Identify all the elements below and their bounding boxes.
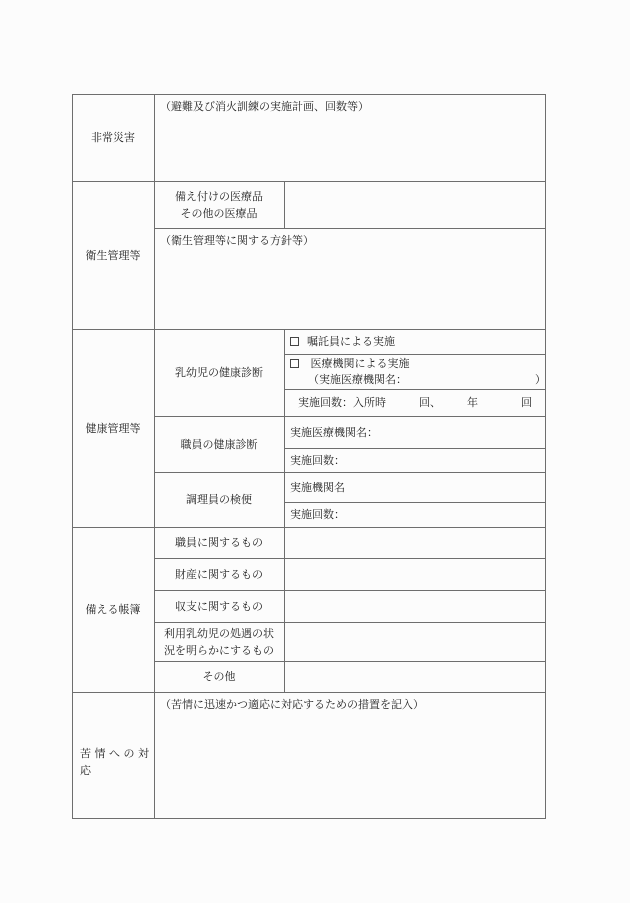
staff-checkup-label: 職員の健康診断	[154, 416, 284, 472]
records-item-property-input[interactable]	[285, 559, 545, 590]
hygiene-label: 衛生管理等	[72, 181, 154, 329]
option-contract-doctor-label: 嘱託員による実施	[307, 333, 395, 350]
complaints-note: （苦情に迅速かつ適応に対応するための措置を記入）	[160, 693, 540, 713]
complaints-label: 苦 情 へ の 対 応	[72, 692, 154, 818]
medical-supplies-input[interactable]	[285, 182, 545, 228]
option-medical-institution-label: 医療機関による実施	[311, 357, 410, 370]
records-item-other-label: その他	[154, 661, 284, 692]
form-page: 非常災害 （避難及び消火訓練の実施計画、回数等） 衛生管理等 備え付けの医療品 …	[0, 0, 630, 903]
records-item-other-input[interactable]	[285, 662, 545, 692]
cook-stool-test-label: 調理員の検便	[154, 472, 284, 527]
complaints-input-area[interactable]	[155, 713, 545, 817]
count-year: 年	[467, 394, 478, 411]
infant-option-contract-doctor[interactable]: 嘱託員による実施	[284, 329, 546, 354]
count-prefix: 実施回数：入所時	[298, 394, 386, 411]
table-border-bottom	[72, 818, 546, 819]
emergency-label: 非常災害	[72, 94, 154, 181]
records-label: 備える帳簿	[72, 527, 154, 692]
emergency-note: （避難及び消火訓練の実施計画、回数等）	[160, 95, 540, 115]
hygiene-input-area[interactable]	[155, 249, 545, 328]
staff-checkup-institution[interactable]: 実施医療機関名：	[284, 416, 546, 448]
infant-checkup-count[interactable]: 実施回数：入所時 回、 年 回	[284, 389, 546, 416]
records-item-staff-label: 職員に関するもの	[154, 527, 284, 558]
institution-name-close: ）	[535, 372, 546, 388]
records-item-infant-care-label: 利用乳幼児の処遇の状 況を明らかにするもの	[154, 622, 284, 661]
records-item-income-expense-label: 収支に関するもの	[154, 590, 284, 622]
health-label: 健康管理等	[72, 329, 154, 527]
records-item-infant-care-input[interactable]	[285, 623, 545, 661]
records-item-income-expense-input[interactable]	[285, 591, 545, 622]
medical-supplies-label: 備え付けの医療品 その他の医療品	[154, 181, 284, 228]
records-item-property-label: 財産に関するもの	[154, 558, 284, 590]
count-unit-times: 回、	[419, 394, 441, 411]
cook-stool-test-institution[interactable]: 実施機関名	[284, 472, 546, 502]
staff-checkup-count[interactable]: 実施回数：	[284, 448, 546, 472]
count-unit-times-2: 回	[521, 394, 532, 411]
checkbox-medical-institution[interactable]	[290, 359, 299, 368]
emergency-input-area[interactable]	[155, 115, 545, 180]
checkbox-contract-doctor[interactable]	[290, 337, 299, 346]
records-item-staff-input[interactable]	[285, 528, 545, 558]
infant-option-medical-institution[interactable]: 医療機関による実施 （実施医療機関名： ）	[284, 354, 546, 389]
cook-stool-test-count[interactable]: 実施回数：	[284, 502, 546, 527]
institution-name-prompt: （実施医療機関名：	[308, 372, 407, 388]
infant-checkup-label: 乳幼児の健康診断	[154, 329, 284, 416]
hygiene-note: （衛生管理等に関する方針等）	[160, 229, 540, 249]
